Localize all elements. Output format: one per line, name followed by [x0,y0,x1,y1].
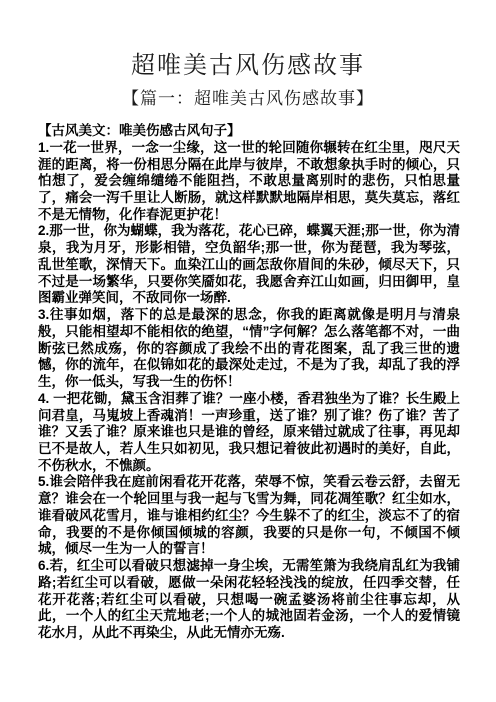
paragraph-4: 4. 一把花锄，黛玉含泪葬了谁？一座小楼，香君独坐为了谁？长生殿上问君皇，马嵬坡… [38,391,460,475]
document-page: 超唯美古风伤感故事 【篇一：超唯美古风伤感故事】 【古风美文：唯美伤感古风句子】… [0,0,496,702]
paragraph-1: 1.一花一世界，一念一尘缘，这一世的轮回随你辗转在红尘里，咫尺天涯的距离，将一份… [38,140,460,224]
paragraph-6: 6.若，红尘可以看破只想滤掉一身尘埃，无需笙箫为我绕肩乱红为我铺路;若红尘可以看… [38,558,460,642]
section-header: 【古风美文：唯美伤感古风句子】 [38,123,460,140]
document-subtitle: 【篇一：超唯美古风伤感故事】 [0,88,496,109]
document-title: 超唯美古风伤感故事 [0,52,496,81]
paragraph-2: 2.那一世，你为蝴蝶，我为落花，花心已碎，蝶翼天涯;那一世，你为清泉，我为月牙，… [38,223,460,307]
paragraph-5: 5.谁会陪伴我在庭前闲看花开花落，荣辱不惊，笑看云卷云舒，去留无意？谁会在一个轮… [38,474,460,558]
paragraph-3: 3.往事如烟，落下的总是最深的思念，你我的距离就像是明月与清泉般，只能相望却不能… [38,307,460,391]
document-body: 【古风美文：唯美伤感古风句子】 1.一花一世界，一念一尘缘，这一世的轮回随你辗转… [38,123,460,642]
